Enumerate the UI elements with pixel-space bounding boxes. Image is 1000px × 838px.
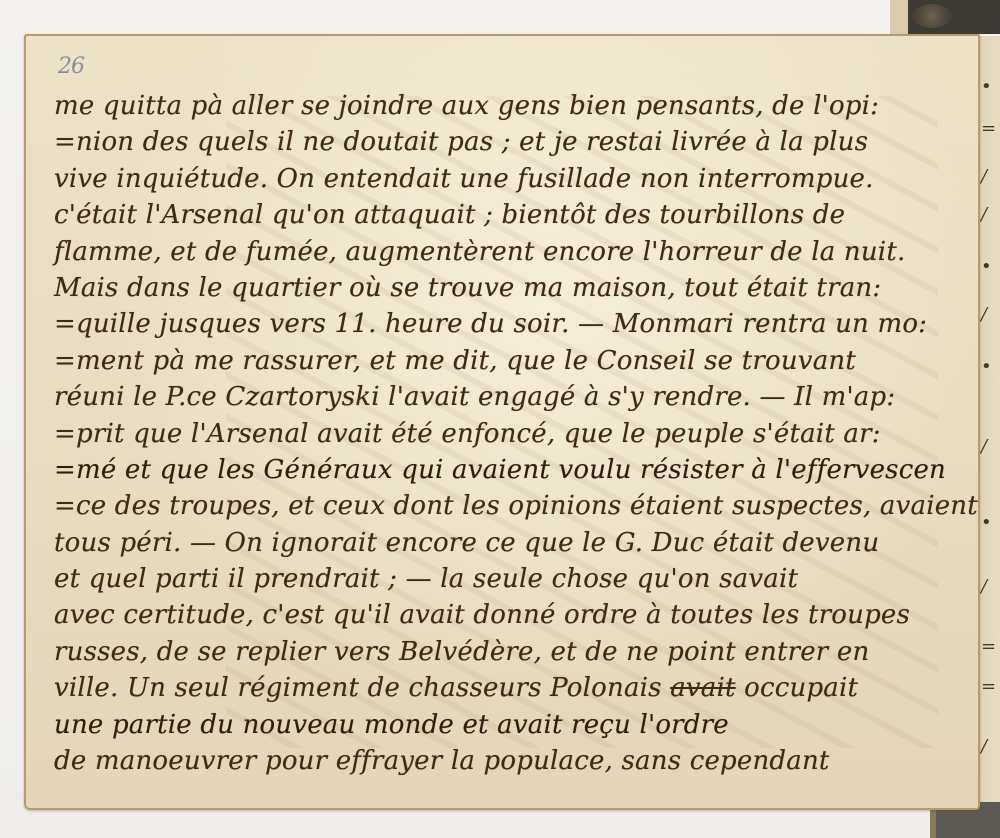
facing-page-mark: / <box>981 576 987 597</box>
facing-page-mark: = <box>981 676 996 697</box>
text-line: me quitta pà aller se joindre aux gens b… <box>54 88 964 124</box>
text-line: vive inquiétude. On entendait une fusill… <box>54 161 964 197</box>
manuscript-text: me quitta pà aller se joindre aux gens b… <box>54 88 964 779</box>
facing-page-mark: = <box>981 636 996 657</box>
facing-page-mark: • <box>981 76 992 97</box>
page-number: 26 <box>58 54 84 79</box>
facing-page-mark: / <box>981 204 987 225</box>
text-line: Mais dans le quartier où se trouve ma ma… <box>54 270 964 306</box>
book-cover-top <box>890 0 1000 34</box>
struck-word: avait <box>670 673 735 703</box>
text-line: russes, de se replier vers Belvédère, et… <box>54 634 964 670</box>
facing-page-mark: / <box>981 166 987 187</box>
facing-page-mark: • <box>981 356 992 377</box>
text-line: =nion des quels il ne doutait pas ; et j… <box>54 124 964 160</box>
text-line: avec certitude, c'est qu'il avait donné … <box>54 597 964 633</box>
manuscript-page: 26 me quitta pà aller se joindre aux gen… <box>24 34 980 810</box>
text-line: =quille jusques vers 11. heure du soir. … <box>54 306 964 342</box>
text-line: =ce des troupes, et ceux dont les opinio… <box>54 488 964 524</box>
facing-page-mark: / <box>981 436 987 457</box>
text-line: flamme, et de fumée, augmentèrent encore… <box>54 234 964 270</box>
text-line: réuni le P.ce Czartoryski l'avait engagé… <box>54 379 964 415</box>
text-line: c'était l'Arsenal qu'on attaquait ; bien… <box>54 197 964 233</box>
text-line: =prit que l'Arsenal avait été enfoncé, q… <box>54 416 964 452</box>
facing-page-mark: / <box>981 736 987 757</box>
text-line: =ment pà me rassurer, et me dit, que le … <box>54 343 964 379</box>
text-line-with-strikethrough: ville. Un seul régiment de chasseurs Pol… <box>54 670 964 706</box>
text-line: et quel parti il prendrait ; — la seule … <box>54 561 964 597</box>
text-line: de manoeuvrer pour effrayer la populace,… <box>54 743 964 779</box>
text-line: =mé et que les Généraux qui avaient voul… <box>54 452 964 488</box>
facing-page-mark: = <box>981 118 996 139</box>
scan-scene: • = / / • / • / • / = = / 26 me quitta p… <box>0 0 1000 838</box>
facing-page-mark: / <box>981 304 987 325</box>
facing-page-mark: • <box>981 256 992 277</box>
text-line: tous péri. — On ignorait encore ce que l… <box>54 525 964 561</box>
text-line: une partie du nouveau monde et avait reç… <box>54 707 964 743</box>
facing-page-mark: • <box>981 512 992 533</box>
